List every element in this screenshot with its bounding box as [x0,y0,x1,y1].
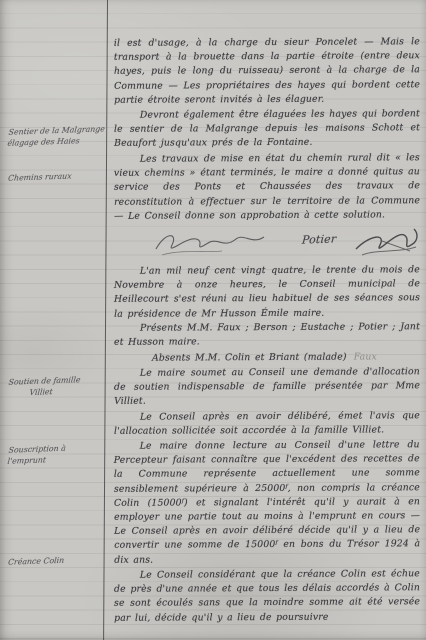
manuscript-body: il est d'usage, à la charge du sieur Pon… [114,36,420,626]
margin-rule-line [103,0,108,640]
paragraph-presents: Présents M.M. Faux ; Berson ; Eustache ;… [114,321,420,351]
margin-note-creance-colin: Créance Colin [7,554,106,568]
margin-note-chemins-ruraux: Chemins ruraux [7,170,106,184]
paragraph-chemin-rural-quitus: Les travaux de mise en état du chemin ru… [114,151,420,224]
paragraph-creance-colin: Le Conseil considérant que la créance Co… [114,567,420,625]
paragraph-elagage-hayes: Devront également être élaguées les haye… [114,107,420,151]
signature-row: Potier [114,225,420,261]
margin-note-sentier-malgrange: Sentier de la Malgrange élagage des Haie… [7,124,107,149]
signature-potier: Potier [302,232,337,247]
margin-note-line: Chemins ruraux [7,170,106,184]
paragraph-poncelet-transport: il est d'usage, à la charge du sieur Pon… [114,35,420,108]
paragraph-session-opening: L'an mil neuf cent vingt quatre, le tren… [114,263,420,321]
paragraph-lettre-percepteur: Le maire donne lecture au Conseil d'une … [114,438,421,567]
scanned-register-page: Sentier de la Malgrange élagage des Haie… [0,0,426,640]
paragraph-avis-allocation: Le Conseil après en avoir délibéré, émet… [114,409,420,439]
paragraph-demande-allocation: Le maire soumet au Conseil une demande d… [114,365,420,409]
absents-text: Absents M.M. Colin et Briant (malade) [152,351,347,363]
signature-scrawl-left [152,227,272,259]
margin-note-soutien-famille: Soutien de famille Villiet [7,374,107,399]
pencil-annotation-faux: Faux [354,351,377,362]
margin-note-line: Souscription à l'emprunt [7,442,107,467]
paragraph-absents: Absents M.M. Colin et Briant (malade)Fau… [114,350,420,366]
signature-scrawl-right [352,225,422,261]
margin-note-souscription-emprunt: Souscription à l'emprunt [7,442,107,467]
margin-note-line: Créance Colin [7,554,106,568]
